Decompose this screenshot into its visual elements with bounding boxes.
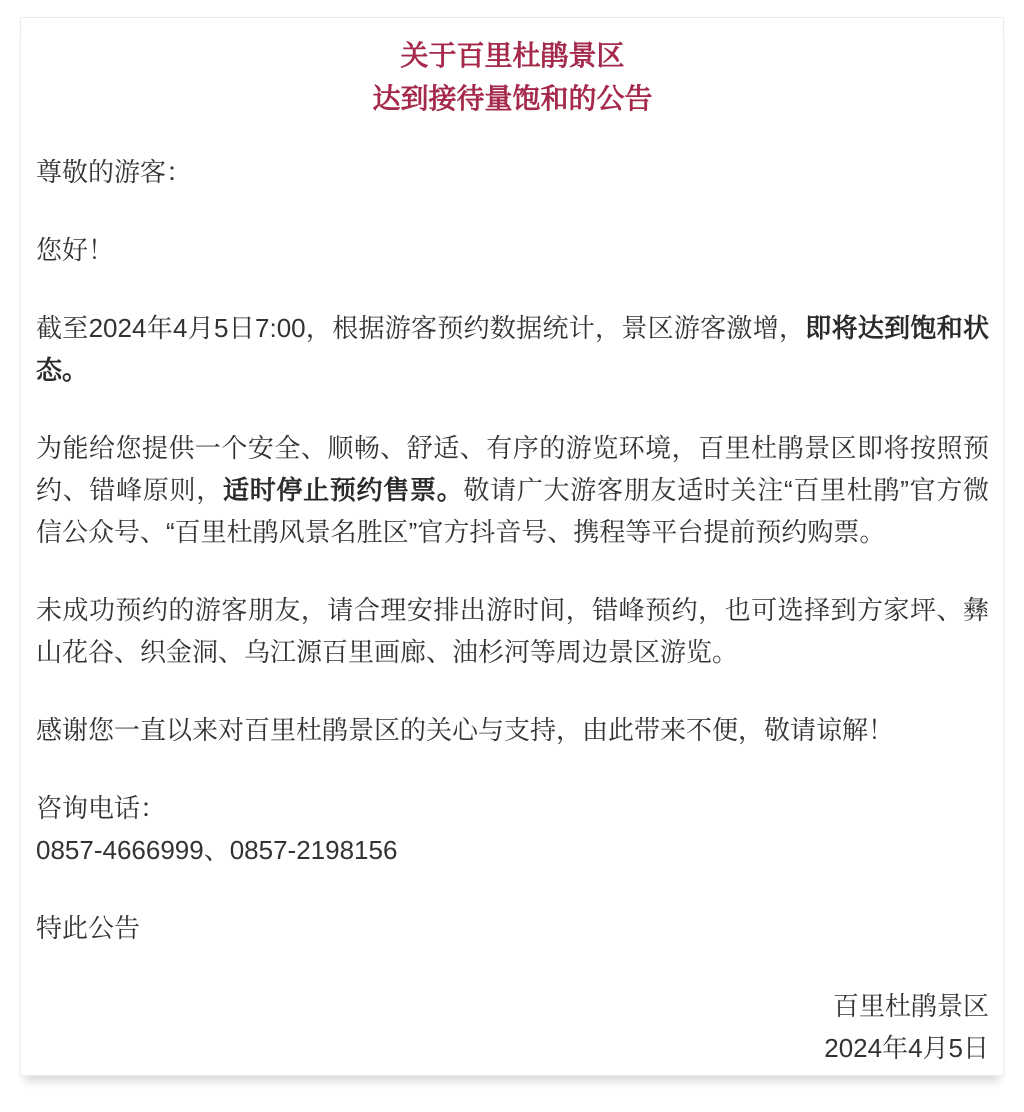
- signature-date: 2024年4月5日: [36, 1027, 989, 1069]
- measures-bold-text: 适时停止预约售票。: [223, 475, 463, 505]
- paragraph-saturation: 截至2024年4月5日7:00，根据游客预约数据统计，景区游客激增，即将达到饱和…: [36, 307, 989, 391]
- saturation-text: 截至2024年4月5日7:00，根据游客预约数据统计，景区游客激增，: [36, 313, 805, 343]
- paragraph-measures: 为能给您提供一个安全、顺畅、舒适、有序的游览环境，百里杜鹃景区即将按照预约、错峰…: [36, 427, 989, 553]
- page-background: 关于百里杜鹃景区 达到接待量饱和的公告 尊敬的游客： 您好！ 截至2024年4月…: [0, 17, 1024, 1112]
- hotline-label: 咨询电话：: [36, 793, 166, 823]
- salutation: 尊敬的游客：: [36, 151, 989, 193]
- paragraph-alternatives: 未成功预约的游客朋友，请合理安排出游时间，错峰预约，也可选择到方家坪、彝山花谷、…: [36, 589, 989, 673]
- paragraph-thanks: 感谢您一直以来对百里杜鹃景区的关心与支持，由此带来不便，敬请谅解！: [36, 709, 989, 751]
- signature-block: 百里杜鹃景区 2024年4月5日: [36, 985, 989, 1069]
- greeting: 您好！: [36, 229, 989, 271]
- hotline-block: 咨询电话：0857-4666999、0857-2198156: [36, 787, 989, 871]
- title-line-1: 关于百里杜鹃景区: [36, 34, 989, 77]
- title-line-2: 达到接待量饱和的公告: [36, 77, 989, 120]
- closing-statement: 特此公告: [36, 907, 989, 949]
- hotline-numbers: 0857-4666999、0857-2198156: [36, 835, 397, 865]
- announcement-title: 关于百里杜鹃景区 达到接待量饱和的公告: [36, 34, 989, 120]
- announcement-card: 关于百里杜鹃景区 达到接待量饱和的公告 尊敬的游客： 您好！ 截至2024年4月…: [20, 17, 1004, 1076]
- signature-org: 百里杜鹃景区: [36, 985, 989, 1027]
